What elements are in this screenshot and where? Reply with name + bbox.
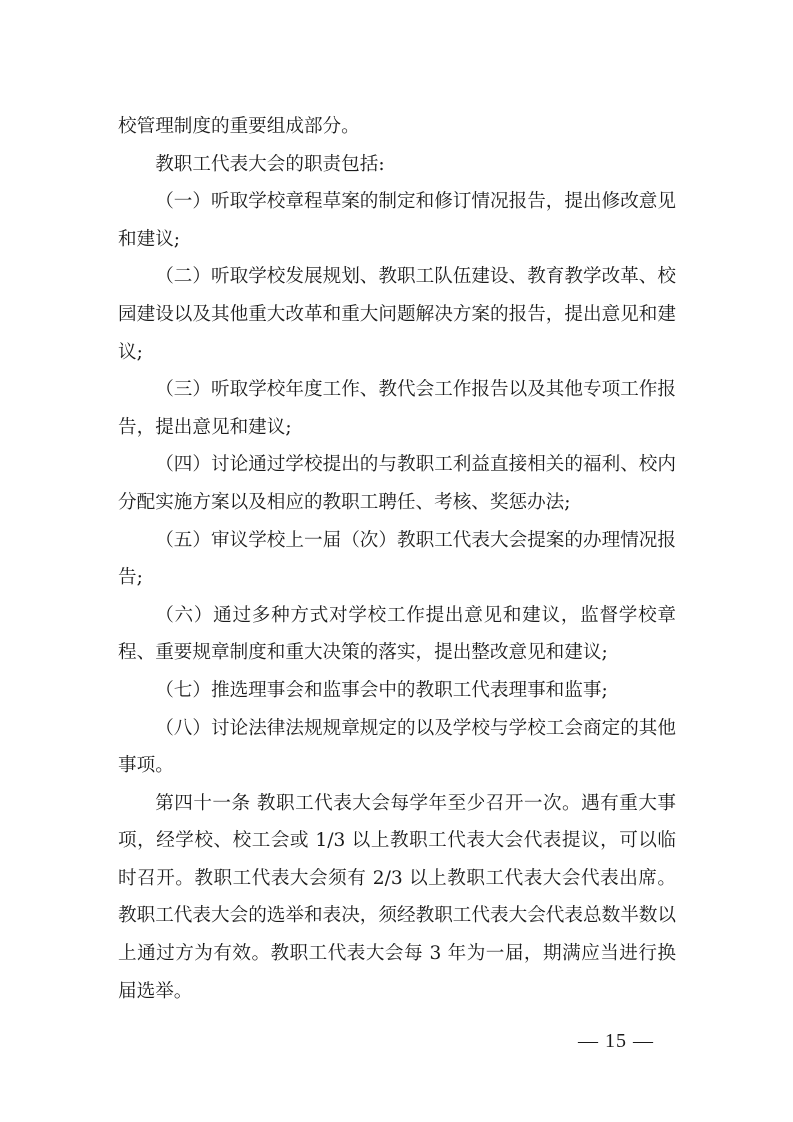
article-41: 第四十一条 教职工代表大会每学年至少召开一次。遇有重大事项，经学校、校工会或 1… [118, 785, 676, 1011]
paragraph-duties-intro: 教职工代表大会的职责包括: [118, 146, 676, 184]
list-item-1: （一）听取学校章程草案的制定和修订情况报告，提出修改意见和建议; [118, 183, 676, 258]
list-item-3: （三）听取学校年度工作、教代会工作报告以及其他专项工作报告，提出意见和建议; [118, 371, 676, 446]
paragraph-continuation: 校管理制度的重要组成部分。 [118, 108, 676, 146]
page-number: — 15 — [578, 1030, 654, 1053]
list-item-5: （五）审议学校上一届（次）教职工代表大会提案的办理情况报告; [118, 522, 676, 597]
list-item-7: （七）推选理事会和监事会中的教职工代表理事和监事; [118, 672, 676, 710]
document-page: 校管理制度的重要组成部分。 教职工代表大会的职责包括: （一）听取学校章程草案的… [0, 0, 793, 1122]
list-item-8: （八）讨论法律法规规章规定的以及学校与学校工会商定的其他事项。 [118, 710, 676, 785]
list-item-2: （二）听取学校发展规划、教职工队伍建设、教育教学改革、校园建设以及其他重大改革和… [118, 258, 676, 371]
list-item-6: （六）通过多种方式对学校工作提出意见和建议，监督学校章程、重要规章制度和重大决策… [118, 597, 676, 672]
list-item-4: （四）讨论通过学校提出的与教职工利益直接相关的福利、校内分配实施方案以及相应的教… [118, 446, 676, 521]
document-body: 校管理制度的重要组成部分。 教职工代表大会的职责包括: （一）听取学校章程草案的… [118, 108, 676, 1010]
